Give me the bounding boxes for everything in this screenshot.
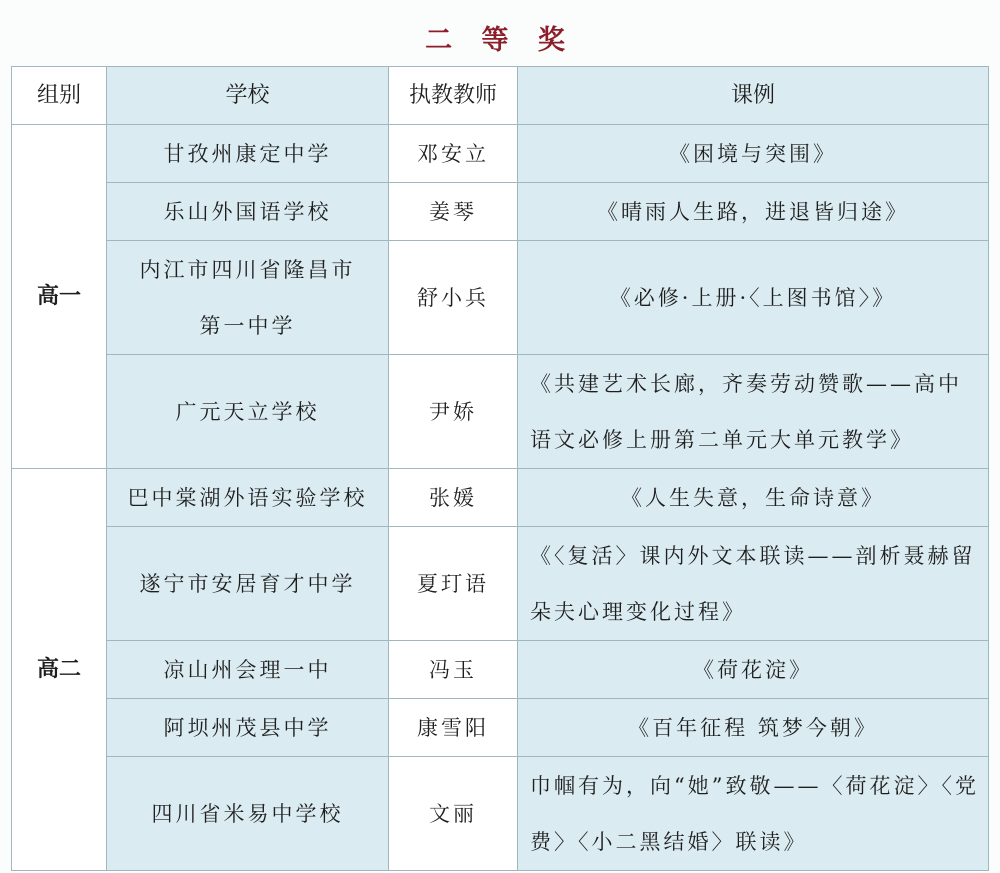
table-row: 凉山州会理一中 冯玉 《荷花淀》 bbox=[12, 641, 989, 699]
lesson-cell: 《共建艺术长廊，齐奏劳动赞歌——高中语文必修上册第二单元大单元教学》 bbox=[518, 355, 989, 469]
school-cell: 乐山外国语学校 bbox=[107, 183, 389, 241]
teacher-cell: 文丽 bbox=[389, 757, 518, 871]
lesson-cell: 《人生失意，生命诗意》 bbox=[518, 469, 989, 527]
header-lesson: 课例 bbox=[518, 67, 989, 125]
lesson-cell: 《困境与突围》 bbox=[518, 125, 989, 183]
school-cell: 四川省米易中学校 bbox=[107, 757, 389, 871]
teacher-cell: 冯玉 bbox=[389, 641, 518, 699]
group-cell: 高一 bbox=[12, 125, 107, 469]
award-table: 组别 学校 执教教师 课例 高一 甘孜州康定中学 邓安立 《困境与突围》 乐山外… bbox=[11, 66, 989, 871]
school-cell: 广元天立学校 bbox=[107, 355, 389, 469]
lesson-cell: 《〈复活〉课内外文本联读——剖析聂赫留朵夫心理变化过程》 bbox=[518, 527, 989, 641]
lesson-cell: 巾帼有为，向“她”致敬——〈荷花淀〉〈党费〉〈小二黑结婚〉联读》 bbox=[518, 757, 989, 871]
lesson-cell: 《必修·上册·〈上图书馆〉》 bbox=[518, 241, 989, 355]
table-row: 遂宁市安居育才中学 夏玎语 《〈复活〉课内外文本联读——剖析聂赫留朵夫心理变化过… bbox=[12, 527, 989, 641]
teacher-cell: 舒小兵 bbox=[389, 241, 518, 355]
teacher-cell: 张媛 bbox=[389, 469, 518, 527]
table-row: 高一 甘孜州康定中学 邓安立 《困境与突围》 bbox=[12, 125, 989, 183]
teacher-cell: 康雪阳 bbox=[389, 699, 518, 757]
header-teacher: 执教教师 bbox=[389, 67, 518, 125]
teacher-cell: 尹娇 bbox=[389, 355, 518, 469]
school-cell: 巴中棠湖外语实验学校 bbox=[107, 469, 389, 527]
page-title: 二 等 奖 bbox=[0, 18, 1000, 57]
lesson-cell: 《百年征程 筑梦今朝》 bbox=[518, 699, 989, 757]
school-cell: 内江市四川省隆昌市第一中学 bbox=[107, 241, 389, 355]
header-group: 组别 bbox=[12, 67, 107, 125]
school-cell: 阿坝州茂县中学 bbox=[107, 699, 389, 757]
teacher-cell: 邓安立 bbox=[389, 125, 518, 183]
table-row: 高二 巴中棠湖外语实验学校 张媛 《人生失意，生命诗意》 bbox=[12, 469, 989, 527]
lesson-cell: 《晴雨人生路，进退皆归途》 bbox=[518, 183, 989, 241]
group-cell: 高二 bbox=[12, 469, 107, 871]
lesson-cell: 《荷花淀》 bbox=[518, 641, 989, 699]
teacher-cell: 夏玎语 bbox=[389, 527, 518, 641]
header-school: 学校 bbox=[107, 67, 389, 125]
table-row: 四川省米易中学校 文丽 巾帼有为，向“她”致敬——〈荷花淀〉〈党费〉〈小二黑结婚… bbox=[12, 757, 989, 871]
school-cell: 甘孜州康定中学 bbox=[107, 125, 389, 183]
school-cell: 遂宁市安居育才中学 bbox=[107, 527, 389, 641]
school-cell: 凉山州会理一中 bbox=[107, 641, 389, 699]
header-row: 组别 学校 执教教师 课例 bbox=[12, 67, 989, 125]
teacher-cell: 姜琴 bbox=[389, 183, 518, 241]
table-row: 内江市四川省隆昌市第一中学 舒小兵 《必修·上册·〈上图书馆〉》 bbox=[12, 241, 989, 355]
table-row: 阿坝州茂县中学 康雪阳 《百年征程 筑梦今朝》 bbox=[12, 699, 989, 757]
table-row: 广元天立学校 尹娇 《共建艺术长廊，齐奏劳动赞歌——高中语文必修上册第二单元大单… bbox=[12, 355, 989, 469]
table-row: 乐山外国语学校 姜琴 《晴雨人生路，进退皆归途》 bbox=[12, 183, 989, 241]
